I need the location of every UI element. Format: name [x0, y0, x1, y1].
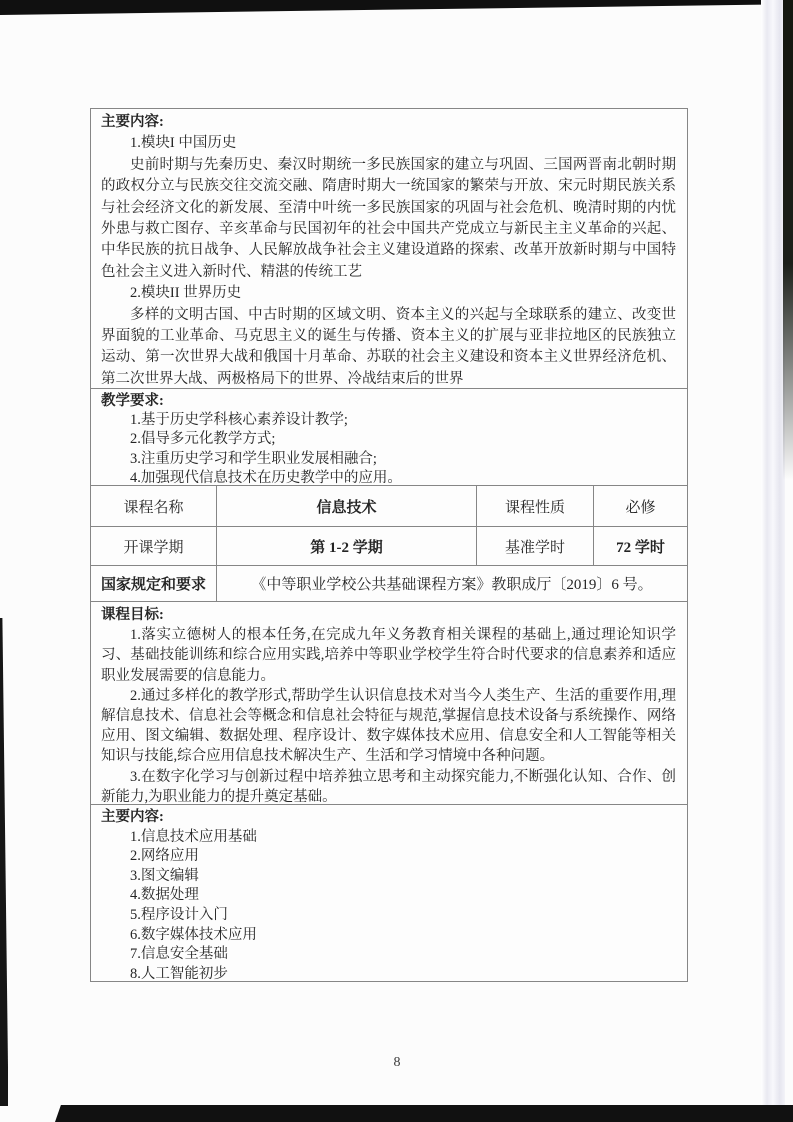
semester-value: 第 1-2 学期 [216, 526, 476, 565]
hours-value: 72 学时 [593, 526, 687, 565]
semester-label: 开课学期 [91, 526, 216, 565]
content-item: 1.信息技术应用基础 [101, 828, 676, 848]
module1-title: 1.模块I 中国历史 [101, 133, 676, 154]
content-item: 8.人工智能初步 [101, 965, 676, 985]
scanned-document-page: { "colors": { "ink": "#242424", "table_b… [0, 0, 793, 1122]
section-label: 课程目标: [101, 605, 676, 625]
curriculum-table: 主要内容: 1.模块I 中国历史 史前时期与先秦历史、秦汉时期统一多民族国家的建… [90, 108, 688, 982]
module2-title: 2.模块II 世界历史 [101, 283, 676, 304]
hours-label: 基准学时 [476, 526, 593, 565]
section-teaching-requirements: 教学要求: 1.基于历史学科核心素养设计教学; 2.倡导多元化教学方式; 3.注… [91, 388, 687, 485]
content-item: 3.图文编辑 [101, 867, 676, 887]
regulation-label: 国家规定和要求 [91, 565, 216, 601]
section-label: 主要内容: [101, 112, 676, 133]
content-item: 5.程序设计入门 [101, 906, 676, 926]
requirement-item: 2.倡导多元化教学方式; [101, 430, 676, 449]
section-label: 主要内容: [101, 808, 676, 828]
scan-edge-right-dark [783, 0, 793, 480]
section-course-objectives: 课程目标: 1.落实立德树人的根本任务,在完成九年义务教育相关课程的基础上,通过… [91, 601, 687, 804]
course-nature-value: 必修 [593, 486, 687, 526]
course-name-label: 课程名称 [91, 486, 216, 526]
scan-edge-right-streaks [761, 0, 785, 1122]
requirement-item: 3.注重历史学习和学生职业发展相融合; [101, 450, 676, 469]
objective-paragraph: 3.在数字化学习与创新过程中培养独立思考和主动探究能力,不断强化认知、合作、创新… [101, 767, 676, 807]
content-item: 7.信息安全基础 [101, 945, 676, 965]
content-item: 4.数据处理 [101, 886, 676, 906]
objective-paragraph: 2.通过多样化的教学形式,帮助学生认识信息技术对当今人类生产、生活的重要作用,理… [101, 686, 676, 767]
scan-edge-left [0, 618, 8, 1106]
scan-edge-top [0, 0, 793, 15]
section-it-main-content: 主要内容: 1.信息技术应用基础 2.网络应用 3.图文编辑 4.数据处理 5.… [91, 804, 687, 981]
content-item: 6.数字媒体技术应用 [101, 926, 676, 946]
module1-text: 史前时期与先秦历史、秦汉时期统一多民族国家的建立与巩固、三国两晋南北朝时期的政权… [101, 155, 676, 283]
content-item: 2.网络应用 [101, 847, 676, 867]
regulation-value: 《中等职业学校公共基础课程方案》教职成厅〔2019〕6 号。 [216, 565, 687, 601]
section-label: 教学要求: [101, 392, 676, 411]
course-nature-label: 课程性质 [476, 486, 593, 526]
scan-edge-bottom [55, 1105, 793, 1122]
section-history-main-content: 主要内容: 1.模块I 中国历史 史前时期与先秦历史、秦汉时期统一多民族国家的建… [91, 109, 687, 388]
page-number: 8 [385, 1055, 409, 1071]
course-name-value: 信息技术 [216, 486, 476, 526]
objective-paragraph: 1.落实立德树人的根本任务,在完成九年义务教育相关课程的基础上,通过理论知识学习… [101, 625, 676, 686]
course-info-grid: 课程名称 信息技术 课程性质 必修 开课学期 第 1-2 学期 基准学时 72 … [91, 485, 687, 601]
module2-text: 多样的文明古国、中古时期的区域文明、资本主义的兴起与全球联系的建立、改变世界面貌… [101, 305, 676, 391]
requirement-item: 1.基于历史学科核心素养设计教学; [101, 411, 676, 430]
